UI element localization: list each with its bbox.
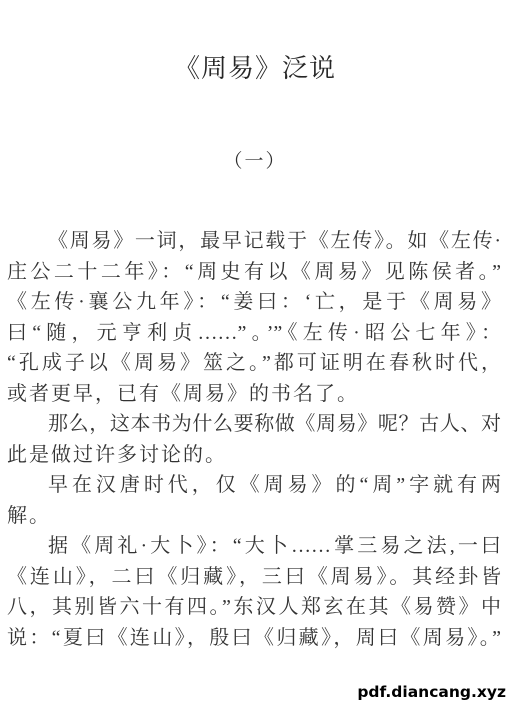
text-line: 《周易》一词，最早记载于《左传》。如《左传· bbox=[7, 226, 501, 257]
page-title: 《周易》泛说 bbox=[0, 48, 510, 85]
body-text: 《周易》一词，最早记载于《左传》。如《左传· 庄公二十二年》：“周史有以《周易》… bbox=[7, 226, 501, 653]
text-line: 早在汉唐时代，仅《周易》的“周”字就有两 bbox=[7, 470, 501, 501]
document-page: 《周易》泛说 （一） 《周易》一词，最早记载于《左传》。如《左传· 庄公二十二年… bbox=[0, 0, 510, 728]
text-line: 《连山》，二曰《归藏》，三曰《周易》。其经卦皆 bbox=[7, 562, 501, 593]
section-heading: （一） bbox=[0, 146, 510, 173]
text-line: 《左传·襄公九年》：“姜曰：‘亡，是于《周易》 bbox=[7, 287, 501, 318]
text-line: 庄公二十二年》：“周史有以《周易》见陈侯者。” bbox=[7, 257, 501, 288]
text-line: 此是做过许多讨论的。 bbox=[7, 440, 501, 471]
text-line: 说：“夏曰《连山》，殷曰《归藏》，周曰《周易》。” bbox=[7, 623, 501, 654]
text-line: 曰“随，元亨利贞……”。’”《左传·昭公七年》： bbox=[7, 318, 501, 349]
text-line: 解。 bbox=[7, 501, 501, 532]
text-line: 那么，这本书为什么要称做《周易》呢？古人、对 bbox=[7, 409, 501, 440]
text-line: 据《周礼·大卜》：“大卜……掌三易之法,一曰 bbox=[7, 531, 501, 562]
text-line: “孔成子以《周易》筮之。”都可证明在春秋时代， bbox=[7, 348, 501, 379]
text-line: 或者更早，已有《周易》的书名了。 bbox=[7, 379, 501, 410]
watermark: pdf.diancang.xyz bbox=[357, 683, 506, 701]
text-line: 八，其别皆六十有四。”东汉人郑玄在其《易赞》中 bbox=[7, 592, 501, 623]
